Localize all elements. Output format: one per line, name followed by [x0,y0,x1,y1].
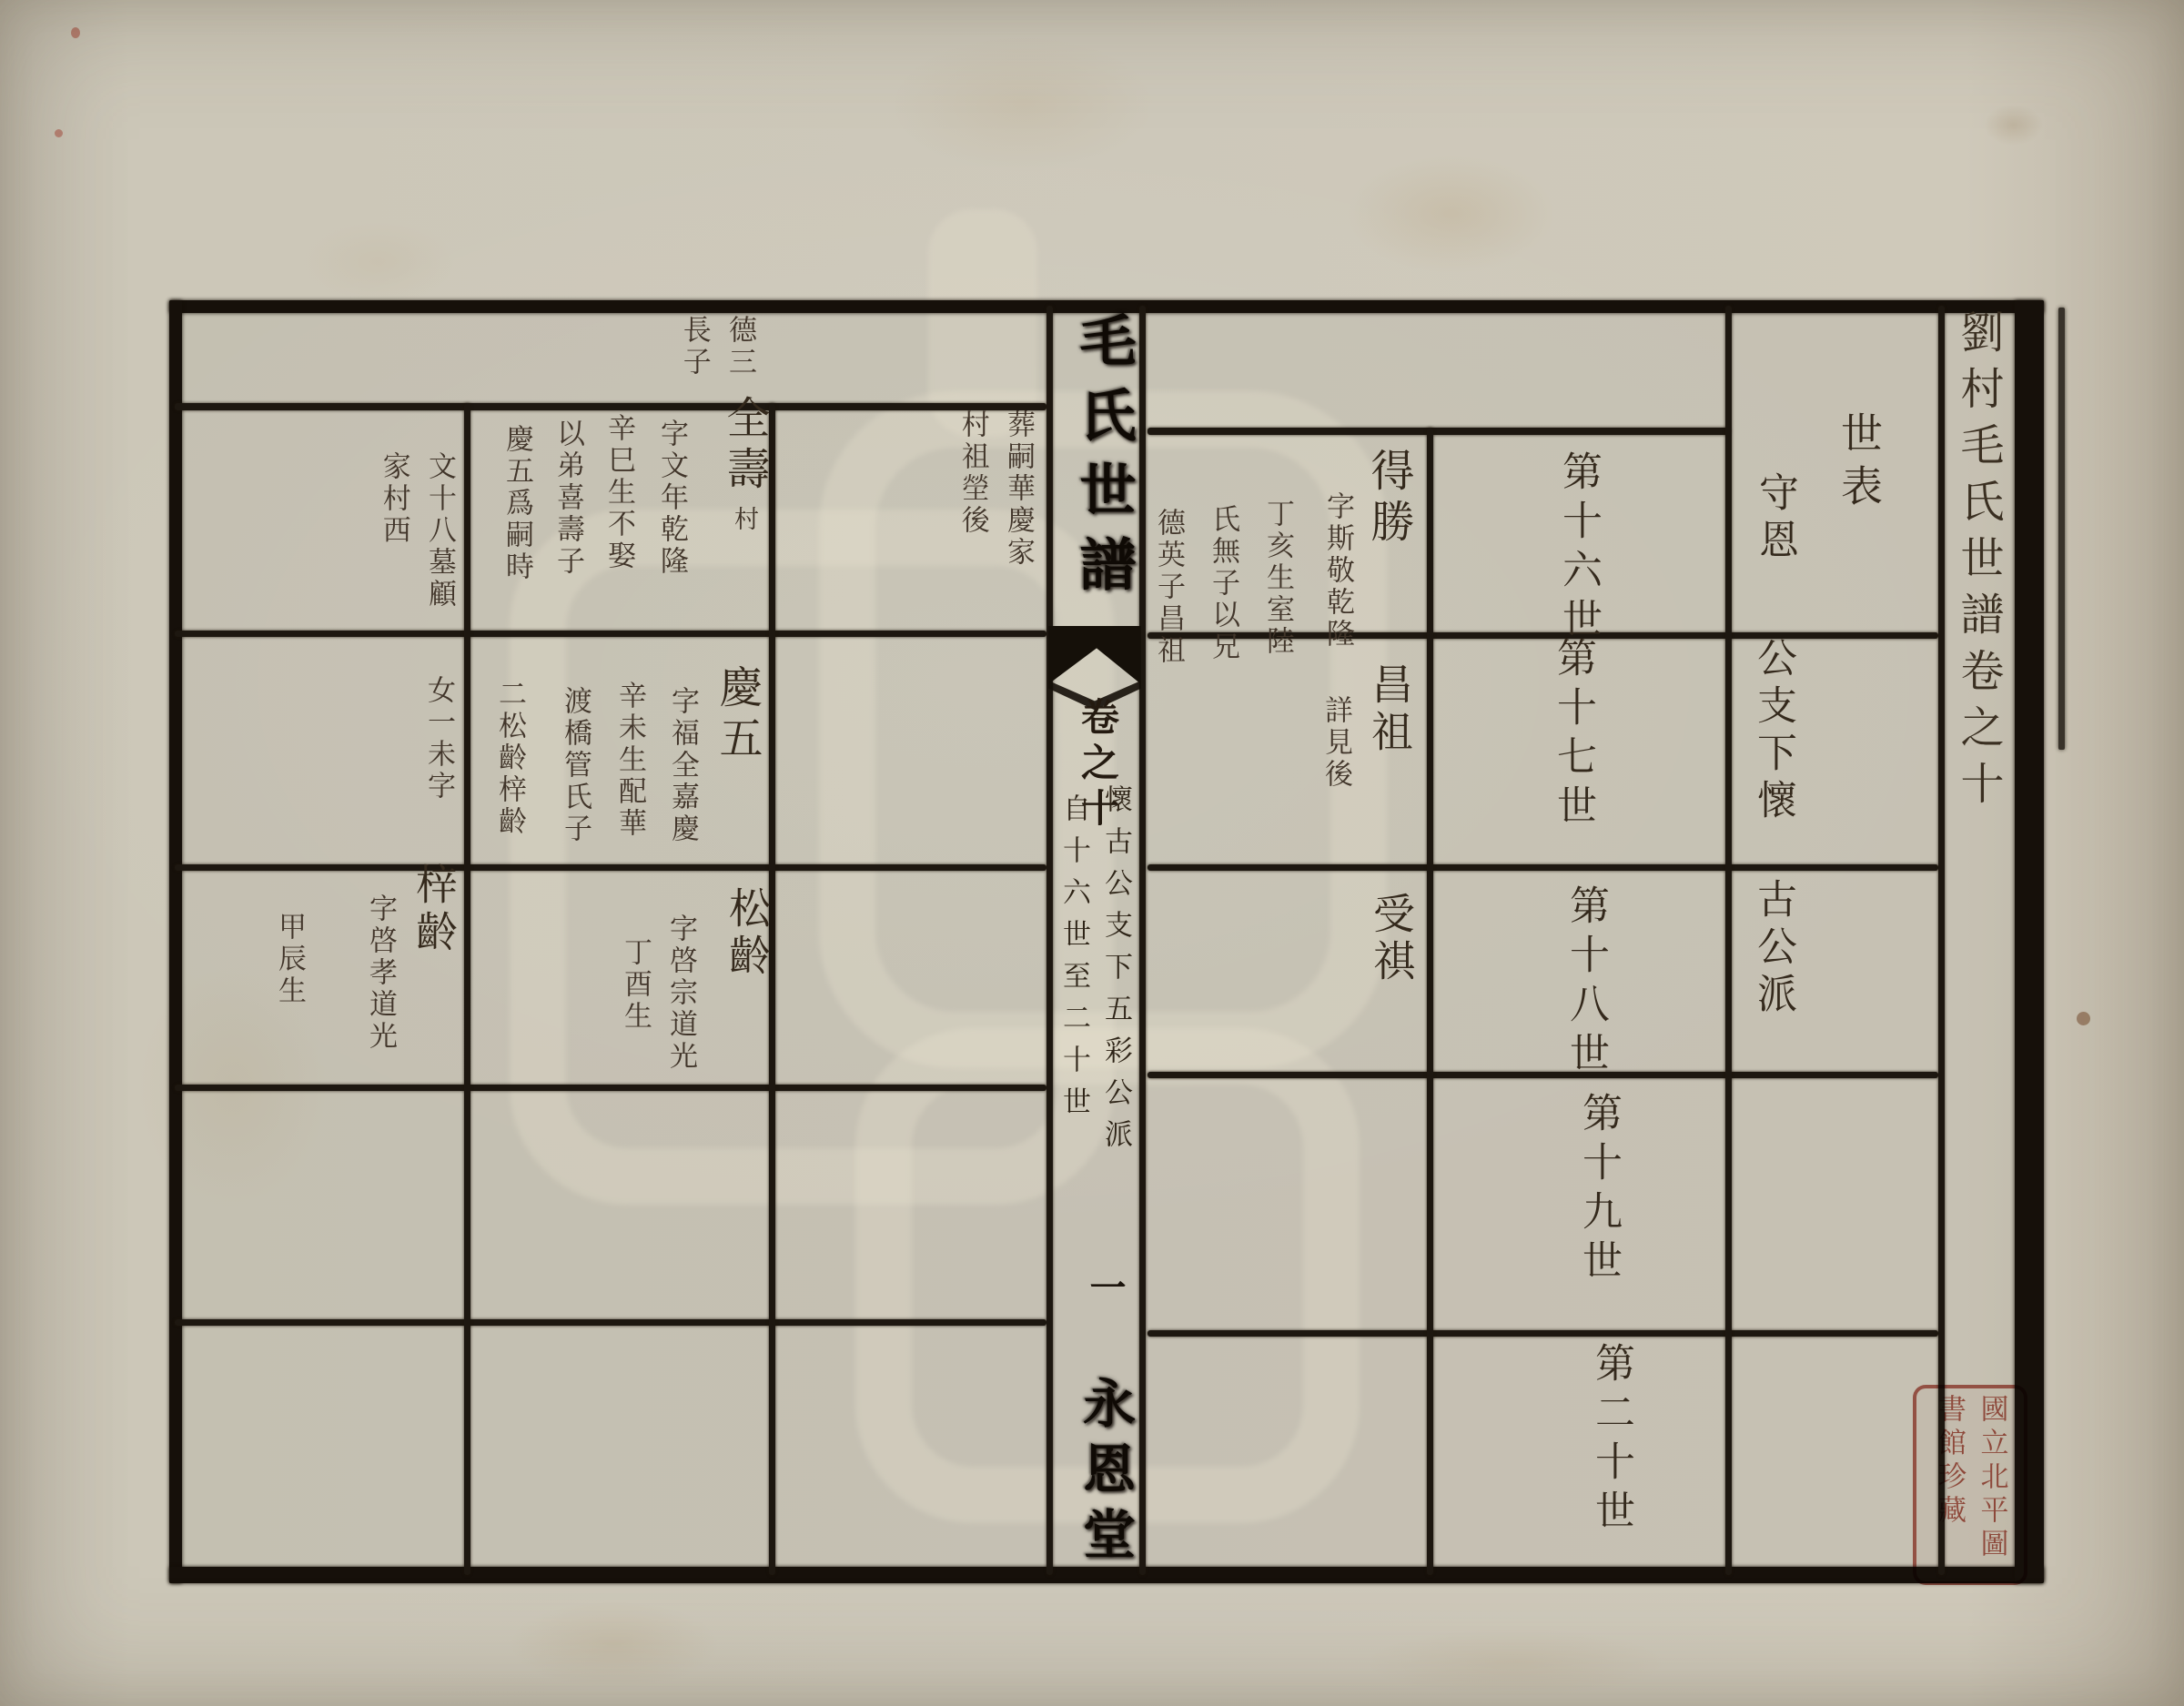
grid-line-h [175,864,1046,871]
entry-annotation-col: 字啓宗道光 [661,914,702,1073]
grid-line-h [175,1319,1046,1326]
edge-title: 劉村毛氏世譜卷之十 [1947,309,2010,817]
paper-stain [1365,1629,1665,1697]
grid-line-h [1148,864,1938,871]
ink-speck [2077,1012,2090,1025]
paper-stain [510,1601,719,1688]
grid-line-h [175,1085,1046,1091]
side-note: 文十八墓顧 家村西 [371,451,462,611]
margin-note: 德三 長子 [672,315,763,379]
entry-name-note: 村 [726,506,762,534]
grid-line-v [1725,306,1732,1575]
grid-line-v [464,403,470,1575]
spine-folio-number: 一 [1079,1268,1131,1305]
entry-name: 慶五 [706,664,769,766]
entry-annotation-col: 氏無子以兄 [1203,504,1244,663]
generation-label-19: 第十九世 [1569,1092,1627,1288]
side-note: 女一未字 [419,675,460,803]
spine-scope-note-left: 自十六世至二十世 [1054,793,1095,1128]
grid-line-v [1427,428,1433,1575]
scanned-genealogy-spread: 劉村毛氏世譜卷之十 世表 守恩 公支下懷 古公派 第十六世 第十七世 第十八世 … [0,0,2184,1706]
entry-annotation-col: 甲辰生 [269,912,310,1007]
entry-name: 松齡 [717,886,777,981]
generation-label-16: 第十六世 [1549,450,1607,647]
spine-scope-note-right: 懷古公支下五彩公派 [1096,784,1137,1161]
generation-label-20: 第二十世 [1582,1342,1640,1539]
branch-heading-1: 守恩 [1745,471,1804,566]
grid-line-h [175,631,1046,637]
entry-annotation-col: 德英子昌祖 [1148,508,1189,667]
grid-line-v [769,403,775,1575]
page-edge-line [2058,308,2065,750]
entry-annotation-col: 慶五爲嗣時 [497,424,538,583]
paper-stain [1984,105,2043,146]
paper-stain [300,218,455,305]
spine-rail-left [1046,306,1053,1575]
library-seal: 國立北平圖 書館珍藏 [1913,1385,2027,1585]
entry-annotation-col: 辛未生配華 [610,681,651,840]
entry-annotation-col: 二松齡梓齡 [490,679,531,838]
entry-name: 得勝 [1358,448,1421,550]
entry-annotation-col: 字文年乾隆 [652,419,693,578]
grid-line-h [175,403,1046,410]
generation-label-18: 第十八世 [1556,884,1614,1081]
section-heading: 世表 [1829,411,1889,517]
grid-line-h [1148,1330,1938,1337]
branch-heading-3: 古公派 [1744,878,1802,1020]
grid-line-h [1148,1072,1938,1078]
entry-annotation-col: 以弟喜壽子 [548,419,589,578]
grid-line-h [1148,428,1730,435]
entry-annotation-col: 字福全嘉慶 [662,686,703,845]
spine-hall-name: 永恩堂 [1067,1376,1143,1572]
seal-text: 國立北平圖 書館珍藏 [1928,1394,2013,1562]
burial-note: 葬嗣華慶家 村祖塋後 [950,409,1041,569]
entry-annotation-col: 辛巳生不娶 [599,413,640,572]
paper-stain [892,36,1156,173]
entry-name: 昌祖 [1360,662,1420,757]
paper-stain [1347,155,1556,273]
entry-annotation-col: 丁酉生 [615,937,656,1033]
entry-annotation-col: 字斯敬乾隆 [1318,491,1359,651]
spine-book-title: 毛氏世譜 [1063,311,1144,610]
frame-border-left [169,300,182,1583]
red-speck [55,129,63,137]
entry-annotation-col: 渡橋管氏子 [555,686,596,845]
entry-annotation-col: 字啓孝道光 [360,893,401,1053]
entry-annotation-col: 丁亥生室陸 [1258,499,1299,658]
entry-name: 全壽 [713,395,776,497]
branch-heading-2: 公支下懷 [1744,637,1802,826]
generation-label-17: 第十七世 [1543,637,1602,833]
entry-name: 受祺 [1361,892,1421,986]
entry-annotation-col: 詳見後 [1316,695,1357,791]
entry-name: 梓齡 [404,863,464,957]
red-speck [71,27,80,38]
